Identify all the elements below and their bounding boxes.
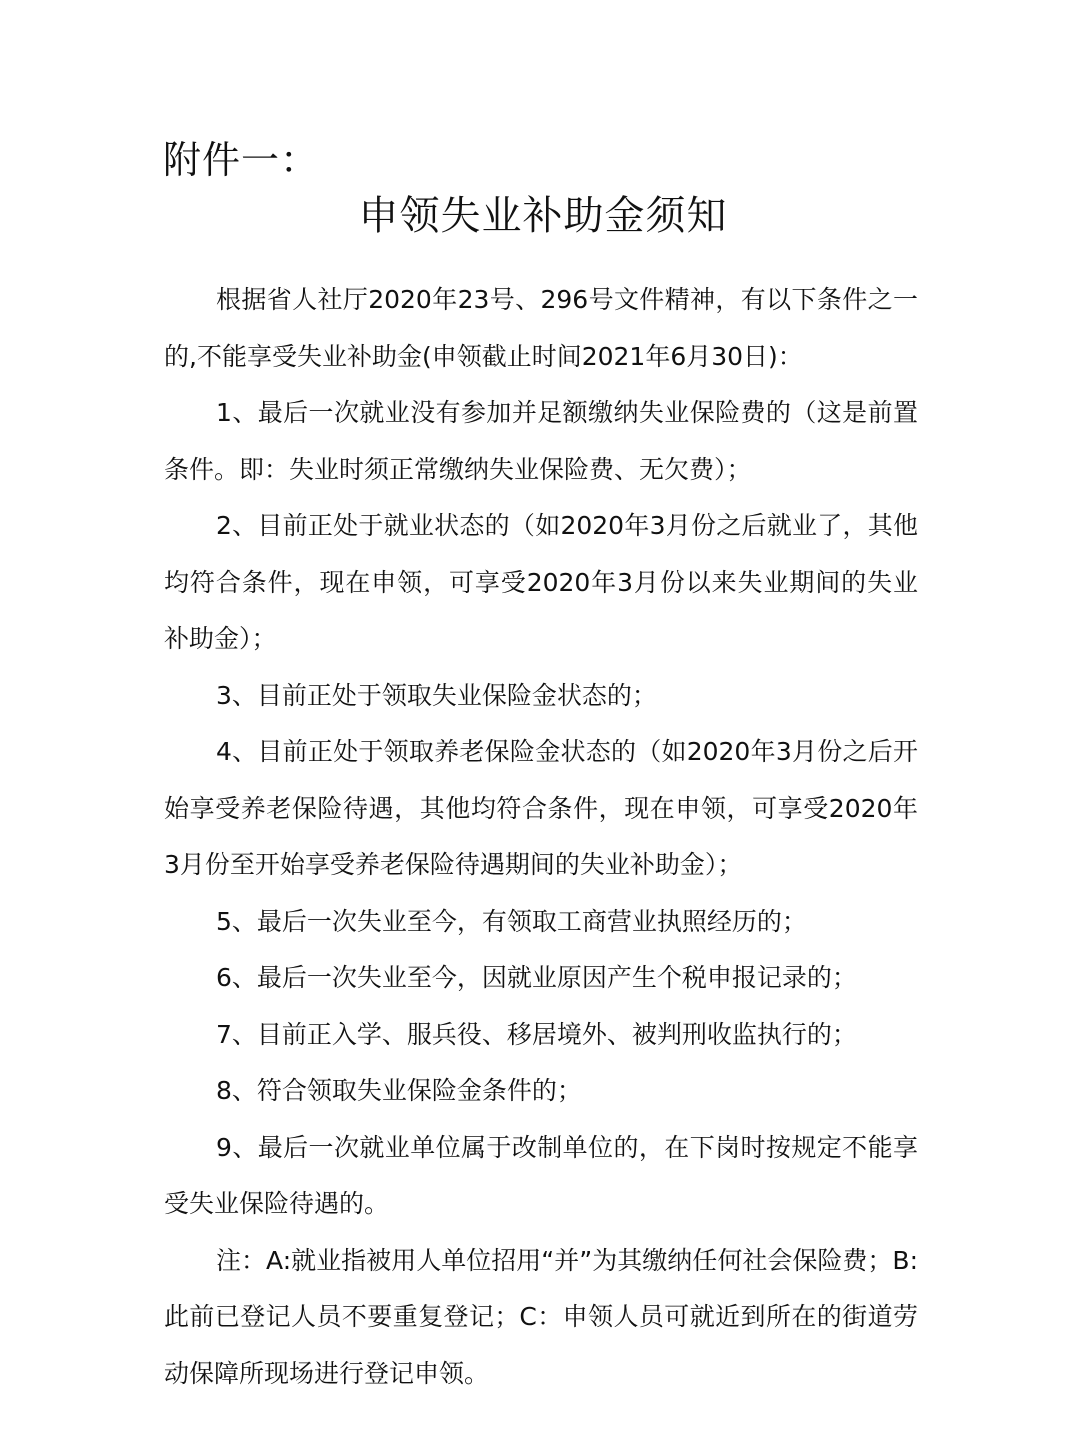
condition-item-4: 4、目前正处于领取养老保险金状态的（如2020年3月份之后开始享受养老保险待遇，… — [164, 724, 918, 894]
condition-item-6: 6、最后一次失业至今，因就业原因产生个税申报记录的； — [164, 950, 918, 1007]
condition-item-5: 5、最后一次失业至今，有领取工商营业执照经历的； — [164, 894, 918, 951]
document-title: 申领失业补助金须知 — [0, 188, 1080, 244]
intro-paragraph: 根据省人社厅2020年23号、296号文件精神，有以下条件之一的,不能享受失业补… — [164, 272, 918, 385]
document-body: 根据省人社厅2020年23号、296号文件精神，有以下条件之一的,不能享受失业补… — [164, 272, 918, 1402]
condition-item-9: 9、最后一次就业单位属于改制单位的，在下岗时按规定不能享受失业保险待遇的。 — [164, 1120, 918, 1233]
condition-item-7: 7、目前正入学、服兵役、移居境外、被判刑收监执行的； — [164, 1007, 918, 1064]
condition-item-2: 2、目前正处于就业状态的（如2020年3月份之后就业了，其他均符合条件，现在申领… — [164, 498, 918, 668]
note-paragraph: 注：A:就业指被用人单位招用“并”为其缴纳任何社会保险费；B:此前已登记人员不要… — [164, 1233, 918, 1403]
condition-item-3: 3、目前正处于领取失业保险金状态的； — [164, 668, 918, 725]
attachment-label: 附件一： — [163, 134, 319, 186]
condition-item-8: 8、符合领取失业保险金条件的； — [164, 1063, 918, 1120]
document-page: 附件一： 申领失业补助金须知 根据省人社厅2020年23号、296号文件精神，有… — [0, 0, 1080, 1429]
condition-item-1: 1、最后一次就业没有参加并足额缴纳失业保险费的（这是前置条件。即：失业时须正常缴… — [164, 385, 918, 498]
